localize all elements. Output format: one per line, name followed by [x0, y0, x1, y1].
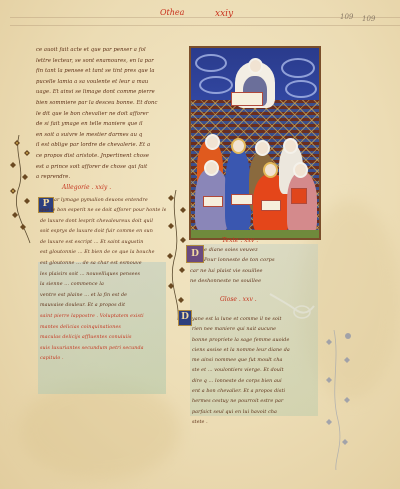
manuscript-page: Othea xxiy 109 109 ce auoit fait acte et… — [0, 0, 400, 489]
latin-line: saint pierre lappostre . Voluptatem exis… — [40, 312, 166, 323]
vine-border-right-faded — [320, 330, 360, 470]
text-line: de si fait ymage en telle maniere que il — [36, 119, 186, 130]
text-line: ventre est plaine ... et la fin est de — [40, 291, 166, 302]
figure-head — [293, 162, 308, 178]
text-line: la sienne ... commence la — [40, 280, 166, 291]
folio-number-old: 109 — [340, 13, 353, 21]
open-book — [203, 196, 223, 207]
text-line: lettre lecteur, se sont enamoures, en la… — [36, 56, 186, 67]
text-line: me ainsi nommee que fut moult cha — [192, 356, 320, 366]
parchment-stain — [20, 380, 180, 480]
miniature-illustration — [189, 46, 321, 240]
running-title: Othea — [160, 8, 184, 17]
text-line: rien nee maniere qui nait aucune — [192, 325, 320, 335]
verse-line: e diane soies veuvez — [204, 245, 318, 255]
text-line: dire q ... lonneste de corps bien aui — [192, 377, 320, 387]
text-line: est gloutonnie ... Et bien de ce que la … — [40, 248, 166, 259]
red-book — [291, 188, 307, 204]
text-line: est gloutonne ... de sa char est esmouve — [40, 259, 166, 270]
verse-text-block-cont: car ne lui plaist vie souillee ne deshon… — [190, 266, 318, 287]
text-line: ent a bon chevalier. Et a propos disti — [192, 387, 320, 397]
text-line: hermes cestuy ne pourroit estre par — [192, 397, 320, 407]
text-line: bonne propriete la sage femme auoide — [192, 336, 320, 346]
figure-head — [263, 162, 278, 178]
cloud — [281, 58, 315, 78]
text-line: uage. Et ainsi se limage dont comme pier… — [36, 87, 186, 98]
text-line: de luxure est escript ... Et saint augus… — [40, 238, 166, 249]
figure-woman-blue — [225, 148, 251, 232]
allegory-text-block: ar lymage pymalion deuons entendre — [54, 196, 166, 207]
figure-head — [255, 140, 270, 156]
text-line: le dit que le bon chevalier ne doit affo… — [36, 109, 186, 120]
allegory-text-block-cont: que le bon esperit ne se doit afforer po… — [40, 206, 166, 365]
verse-line: ne deshonneste ne souillee — [190, 276, 318, 286]
figure-head — [204, 160, 219, 176]
latin-line: mantes delicias coinquinationes — [40, 323, 166, 334]
glose-rubric: Glose . xxv . — [220, 296, 257, 303]
ruling-line — [10, 25, 400, 26]
figure-head — [283, 138, 298, 154]
latin-line: suis luxuriantes secundum petri secunda — [40, 344, 166, 355]
text-line: yane est la lune et comme il ne soit — [192, 315, 320, 325]
text-line: soit esprys de luxure doit fuir comme en… — [40, 227, 166, 238]
decorated-initial-d: D — [186, 245, 204, 263]
vine-border-left — [4, 135, 34, 245]
open-book — [231, 92, 263, 106]
open-book — [231, 194, 253, 205]
text-line: ste et ... voulontiers vierge. Et doult — [192, 366, 320, 376]
gloss-text-block: ce auoit fait acte et que par penser a f… — [36, 45, 186, 183]
folio-number: 109 — [362, 15, 375, 23]
text-line: est a prince soit afforer de chose qui f… — [36, 162, 186, 173]
text-line: il est oblige par lordre de chevalerie. … — [36, 140, 186, 151]
chapter-number: xxiy — [215, 9, 233, 19]
text-line: a reprendre. — [36, 172, 186, 183]
text-line: fin tant la pensee et tant se tint pres … — [36, 66, 186, 77]
text-line: parfaict seul qui en lui havoit cha — [192, 408, 320, 418]
text-line: ce auoit fait acte et que par penser a f… — [36, 45, 186, 56]
glose-text-block: yane est la lune et comme il ne soit rie… — [192, 315, 320, 428]
text-line: ce propos dist aristote. Jnpertinent cho… — [36, 151, 186, 162]
latin-line: maculas delicijs affluentes conuiuiis — [40, 333, 166, 344]
verse-line: Pour lonneste de ton corps — [204, 255, 318, 265]
text-line: en soit a suivre le mestier darmes au q — [36, 130, 186, 141]
verse-text-block: e diane soies veuvez Pour lonneste de to… — [204, 245, 318, 266]
text-line: que le bon esperit ne se doit afforer po… — [40, 206, 166, 217]
figure-head — [248, 58, 263, 74]
open-book — [261, 200, 281, 211]
text-line: ciens assise et la nomme leur diane da — [192, 346, 320, 356]
verse-line: car ne lui plaist vie souillee — [190, 266, 318, 276]
text-line: ar lymage pymalion deuons entendre — [54, 196, 166, 207]
text-line: mauvaise douleur. Et a propos dit — [40, 301, 166, 312]
text-line: bien sommiere par la desceu bonne. Et do… — [36, 98, 186, 109]
text-line: pucelle lamia a sa voulente et leur a ma… — [36, 77, 186, 88]
figure-head — [231, 138, 246, 154]
cloud — [199, 76, 233, 94]
text-line: de luxure dont lesprit chevaleureux doit… — [40, 217, 166, 228]
cloud — [195, 54, 227, 72]
text-line: stete . — [192, 418, 320, 428]
figure-head — [205, 134, 220, 150]
decorated-initial-d-blue: D — [178, 310, 192, 326]
texte-rubric: Texte . xxv . — [222, 237, 258, 244]
latin-line: capitulo . — [40, 354, 166, 365]
cloud — [285, 80, 317, 98]
text-line: les plaisirs soit ... nouvelliques pense… — [40, 270, 166, 281]
allegory-rubric: Allegorie . xxiy . — [62, 184, 111, 191]
